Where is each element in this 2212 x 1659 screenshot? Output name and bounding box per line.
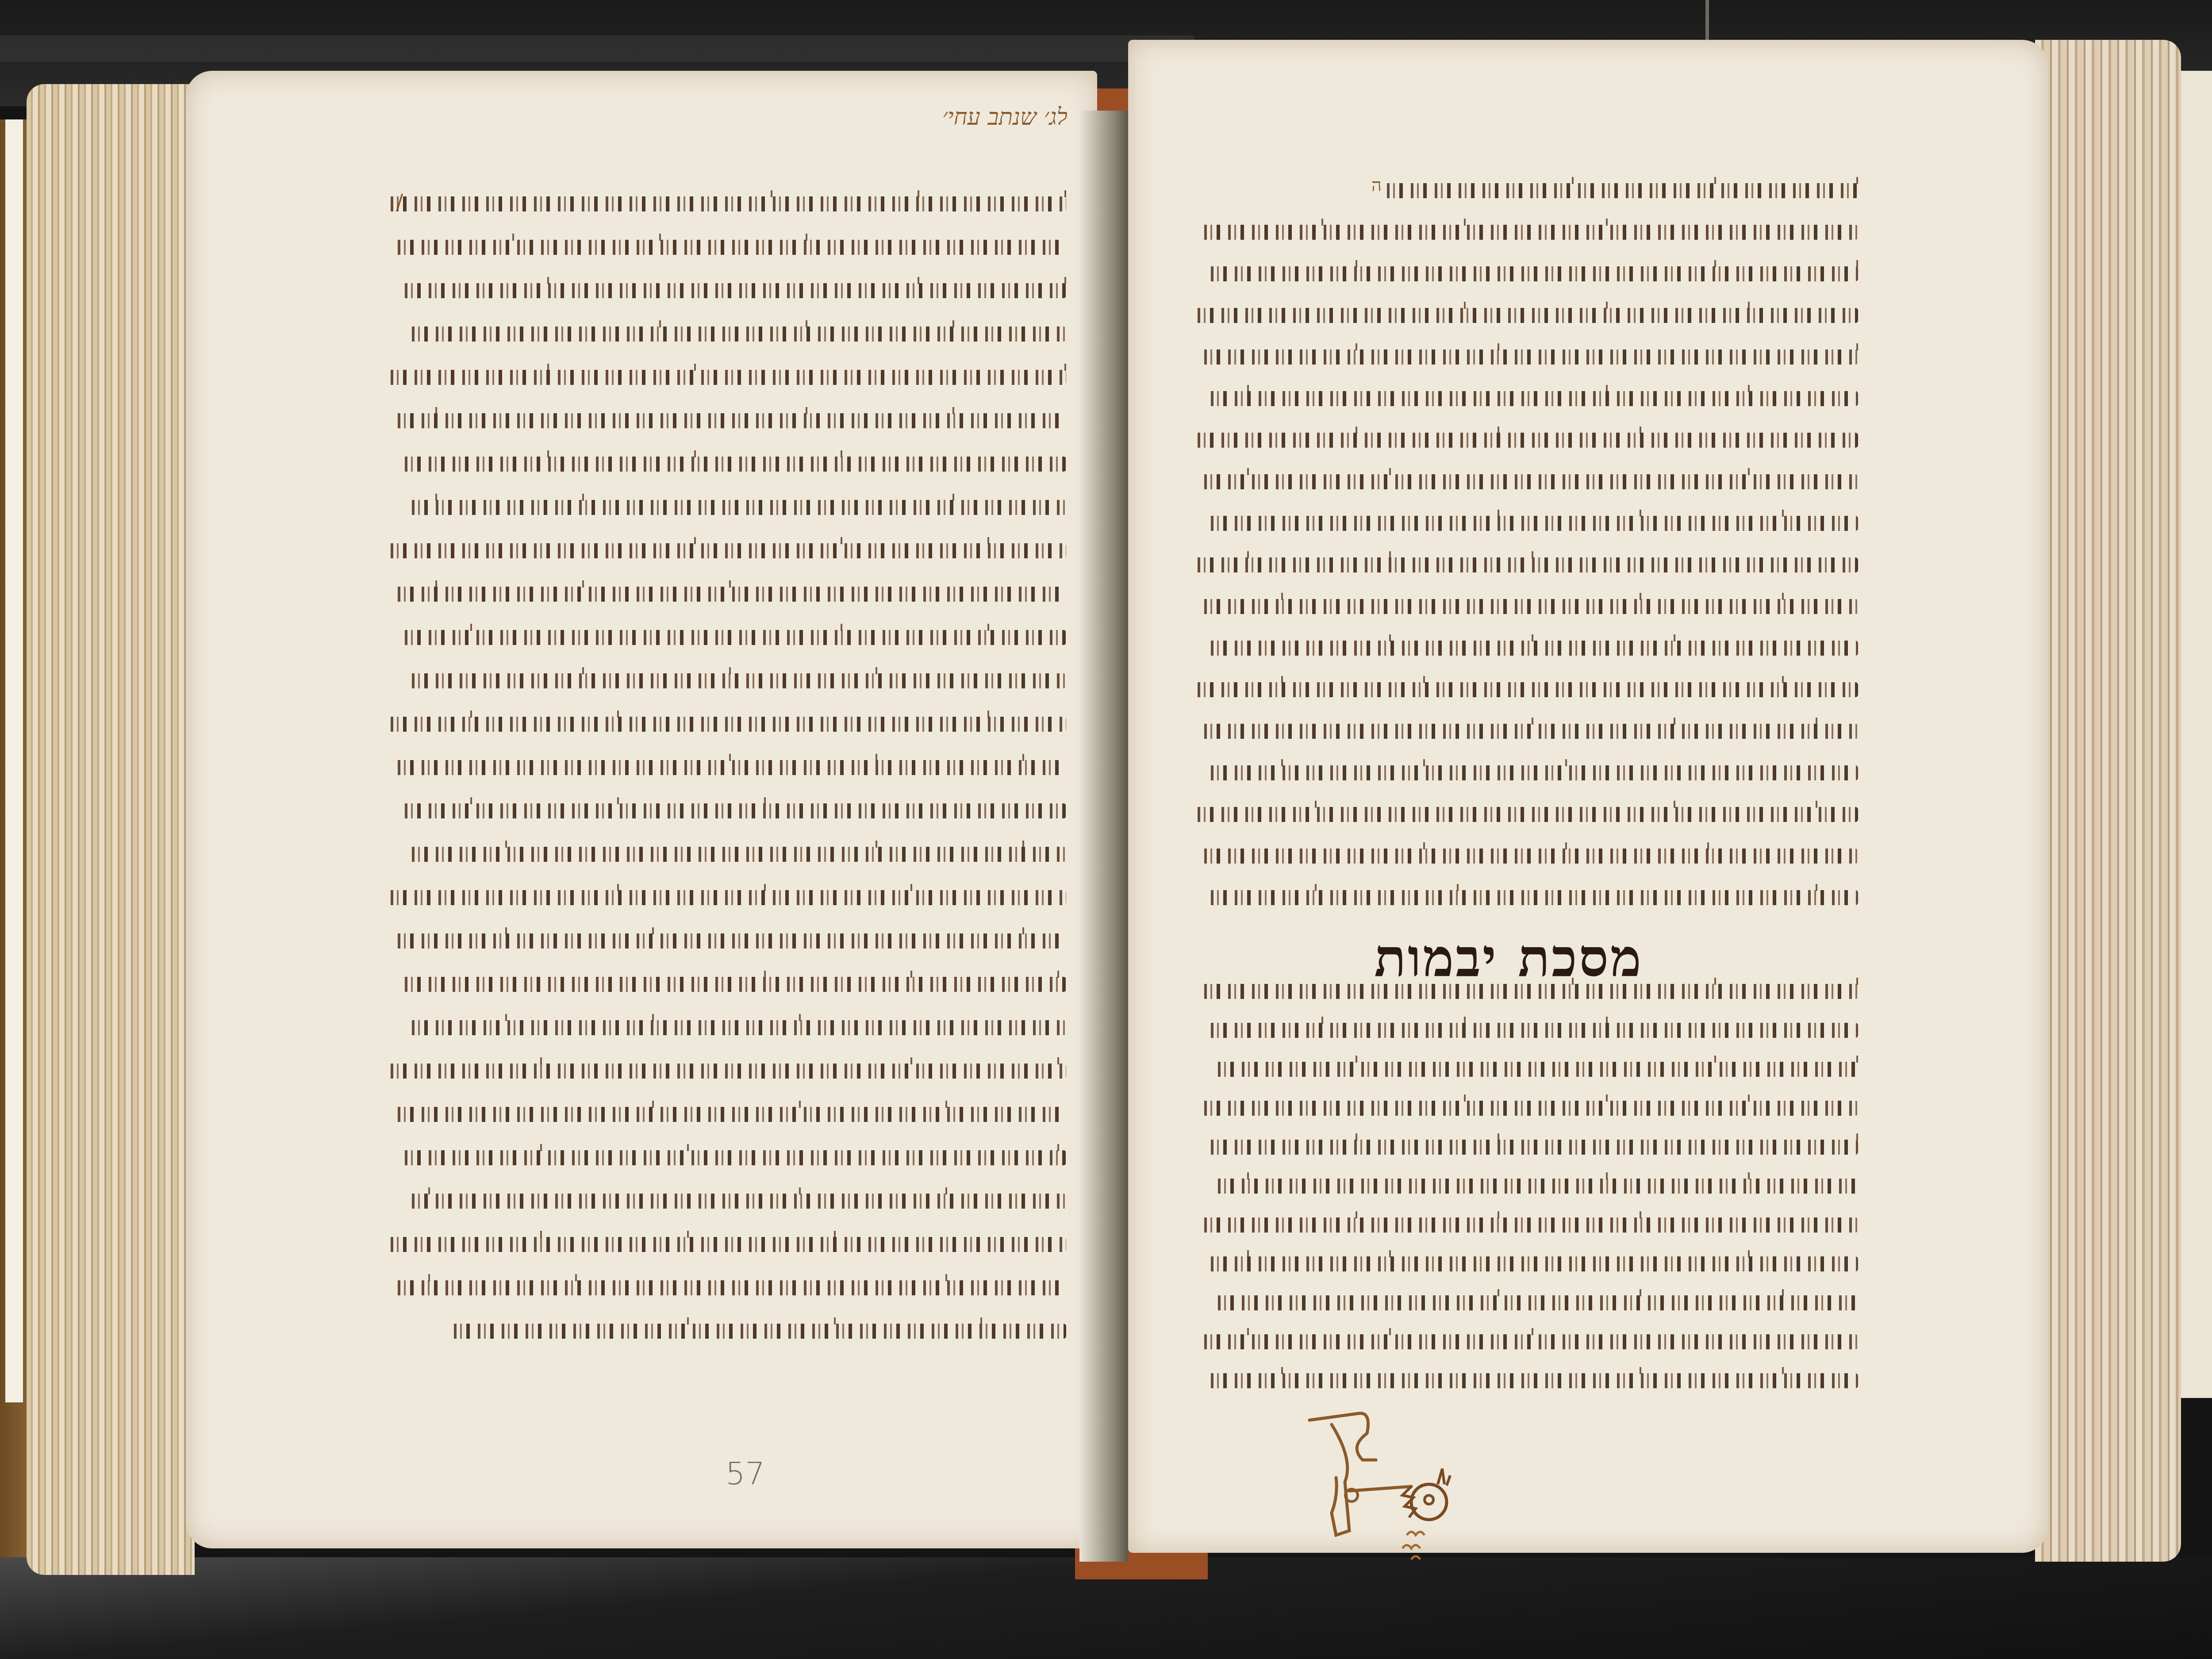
manuscript-line xyxy=(1181,1094,1858,1133)
manuscript-line xyxy=(367,580,1066,624)
manuscript-line xyxy=(1181,219,1858,260)
right-text-column-upper xyxy=(1181,177,1858,926)
manuscript-line xyxy=(367,277,1066,320)
manuscript-line xyxy=(367,1144,1066,1187)
background-band xyxy=(0,35,1194,62)
manuscript-line xyxy=(1181,801,1858,842)
manuscript-line xyxy=(1181,302,1858,343)
manuscript-line xyxy=(1181,1367,1858,1406)
manuscript-line xyxy=(367,971,1066,1014)
bird-doodle-icon xyxy=(1296,1407,1482,1575)
manuscript-line xyxy=(367,667,1066,710)
manuscript-line xyxy=(367,537,1066,580)
manuscript-line xyxy=(367,1014,1066,1057)
manuscript-line xyxy=(1181,468,1858,510)
manuscript-line xyxy=(1181,551,1858,593)
manuscript-line xyxy=(367,841,1066,884)
manuscript-line xyxy=(1181,634,1858,676)
manuscript-line xyxy=(1181,260,1858,302)
manuscript-line xyxy=(367,1317,1066,1361)
manuscript-line xyxy=(1181,1211,1858,1250)
manuscript-line xyxy=(1181,426,1858,468)
manuscript-line xyxy=(367,407,1066,450)
manuscript-line xyxy=(1181,1250,1858,1289)
manuscript-line xyxy=(1181,1133,1858,1172)
manuscript-line xyxy=(367,797,1066,841)
manuscript-line xyxy=(367,364,1066,407)
manuscript-line xyxy=(1181,510,1858,551)
manuscript-line xyxy=(1181,676,1858,718)
manuscript-line xyxy=(1181,1328,1858,1367)
manuscript-line xyxy=(1181,842,1858,884)
manuscript-line xyxy=(367,624,1066,667)
manuscript-line xyxy=(1181,1289,1858,1328)
manuscript-line xyxy=(1181,1017,1858,1056)
manuscript-line xyxy=(1181,1172,1858,1211)
gutter-shadow xyxy=(1079,111,1128,1562)
manuscript-line xyxy=(367,1101,1066,1144)
page-edges-left xyxy=(27,84,195,1575)
running-head: לג׳ שנתב עחי׳ xyxy=(942,104,1068,131)
manuscript-line xyxy=(367,927,1066,971)
manuscript-line xyxy=(367,754,1066,797)
manuscript-line xyxy=(1181,1056,1858,1094)
manuscript-line xyxy=(1181,177,1858,219)
manuscript-line xyxy=(367,450,1066,494)
manuscript-line xyxy=(1181,759,1858,801)
manuscript-line xyxy=(367,1274,1066,1317)
manuscript-line xyxy=(367,710,1066,754)
manuscript-line xyxy=(367,320,1066,364)
manuscript-line xyxy=(1181,593,1858,634)
manuscript-line xyxy=(367,1057,1066,1101)
manuscript-line xyxy=(367,884,1066,927)
manuscript-line xyxy=(1181,978,1858,1017)
manuscript-line xyxy=(1181,343,1858,385)
manuscript-line xyxy=(367,1187,1066,1231)
folio-number: 57 xyxy=(726,1455,765,1492)
page-edges-right xyxy=(2035,40,2181,1562)
book-cover-left-strip xyxy=(5,119,23,1402)
left-text-column xyxy=(367,190,1066,1361)
manuscript-line xyxy=(1181,884,1858,926)
manuscript-line xyxy=(1181,718,1858,759)
manuscript-line xyxy=(367,190,1066,234)
manuscript-line xyxy=(1181,385,1858,426)
manuscript-line xyxy=(367,1231,1066,1274)
right-text-column-lower xyxy=(1181,978,1858,1406)
manuscript-line xyxy=(367,494,1066,537)
manuscript-line xyxy=(367,234,1066,277)
